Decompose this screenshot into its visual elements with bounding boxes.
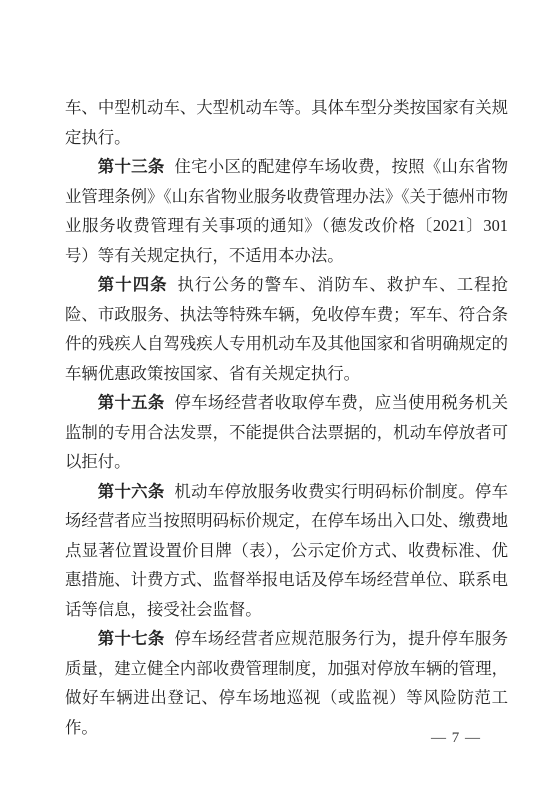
document-body: 车、中型机动车、大型机动车等。具体车型分类按国家有关规定执行。第十三条住宅小区的… [65,93,508,742]
paragraph: 第十四条执行公务的警车、消防车、救护车、工程抢险、市政服务、执法等特殊车辆，免收… [65,270,508,388]
paragraph-text: 机动车停放服务收费实行明码标价制度。停车场经营者应当按照明码标价规定，在停车场出… [65,482,508,619]
article-term: 第十五条 [98,393,165,412]
paragraph-text: 车、中型机动车、大型机动车等。具体车型分类按国家有关规定执行。 [65,98,508,147]
article-term: 第十六条 [98,482,165,501]
article-term: 第十三条 [98,157,165,176]
paragraph: 第十三条住宅小区的配建停车场收费，按照《山东省物业管理条例》《山东省物业服务收费… [65,152,508,270]
document-page: 车、中型机动车、大型机动车等。具体车型分类按国家有关规定执行。第十三条住宅小区的… [0,0,555,785]
article-term: 第十七条 [98,629,165,648]
page-number: — 7 — [431,728,481,748]
paragraph: 第十五条停车场经营者收取停车费，应当使用税务机关监制的专用合法发票，不能提供合法… [65,388,508,477]
article-term: 第十四条 [98,275,168,294]
paragraph: 第十六条机动车停放服务收费实行明码标价制度。停车场经营者应当按照明码标价规定，在… [65,477,508,625]
paragraph: 第十七条停车场经营者应规范服务行为，提升停车服务质量，建立健全内部收费管理制度，… [65,624,508,742]
paragraph: 车、中型机动车、大型机动车等。具体车型分类按国家有关规定执行。 [65,93,508,152]
